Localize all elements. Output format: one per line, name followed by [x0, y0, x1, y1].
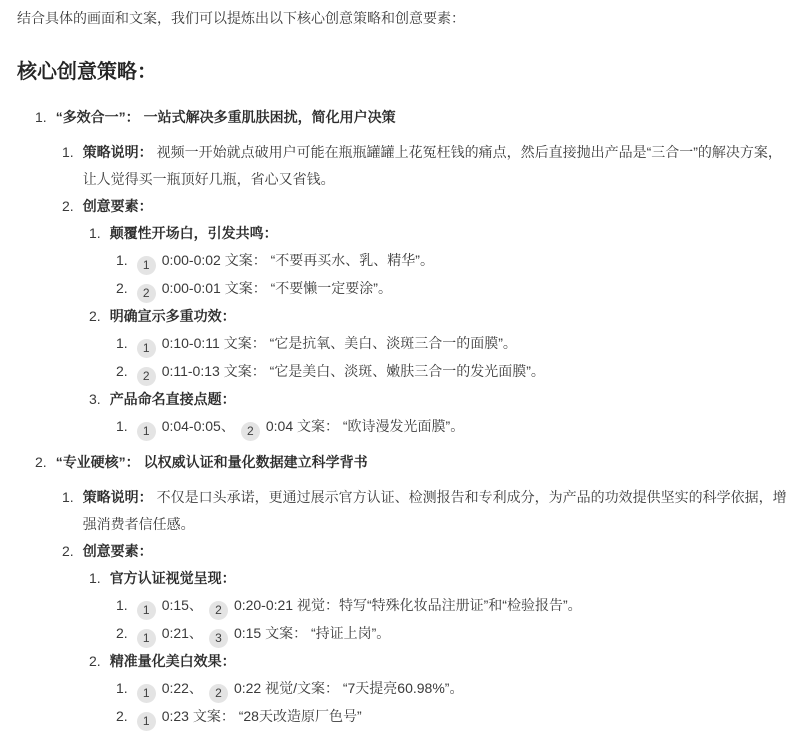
citation-badge[interactable]: 1 — [137, 629, 156, 648]
item-text: 0:11-0:13 文案： “它是美白、淡斑、嫩肤三合一的发光面膜”。 — [162, 363, 545, 379]
outline-item: 1.策略说明： 不仅是口头承诺，更通过展示官方认证、检测报告和专利成分，为产品的… — [17, 484, 788, 538]
citation-badge[interactable]: 2 — [241, 422, 260, 441]
item-text: 0:04 文案： “欧诗漫发光面膜”。 — [266, 418, 464, 434]
item-label: “多效合一”： 一站式解决多重肌肤困扰，简化用户决策 — [56, 109, 396, 125]
outline-item: 2.20:11-0:13 文案： “它是美白、淡斑、嫩肤三合一的发光面膜”。 — [17, 358, 788, 386]
citation-badge[interactable]: 1 — [137, 256, 156, 275]
item-content: 颠覆性开场白，引发共鸣： — [110, 220, 788, 247]
item-content: 10:00-0:02 文案： “不要再买水、乳、精华”。 — [137, 247, 788, 275]
list-marker: 1. — [116, 413, 128, 440]
item-content: 策略说明： 不仅是口头承诺，更通过展示官方认证、检测报告和专利成分，为产品的功效… — [83, 484, 788, 538]
item-text: 0:00-0:02 文案： “不要再买水、乳、精华”。 — [162, 252, 434, 268]
item-content: “多效合一”： 一站式解决多重肌肤困扰，简化用户决策 — [56, 104, 788, 131]
outline-item: 1.10:04-0:05、20:04 文案： “欧诗漫发光面膜”。 — [17, 413, 788, 441]
list-marker: 1. — [116, 592, 128, 619]
item-content: 20:11-0:13 文案： “它是美白、淡斑、嫩肤三合一的发光面膜”。 — [137, 358, 788, 386]
outline-item: 2.精准量化美白效果： — [17, 648, 788, 675]
outline-item: 1.颠覆性开场白，引发共鸣： — [17, 220, 788, 247]
list-marker: 2. — [89, 648, 101, 675]
item-label: 官方认证视觉呈现： — [110, 570, 236, 586]
item-text: 不仅是口头承诺，更通过展示官方认证、检测报告和专利成分，为产品的功效提供坚实的科… — [83, 489, 787, 532]
list-marker: 1. — [89, 565, 101, 592]
citation-badge[interactable]: 1 — [137, 712, 156, 731]
item-content: 10:15、20:20-0:21 视觉：特写“特殊化妆品注册证”和“检验报告”。 — [137, 592, 788, 620]
list-marker: 1. — [89, 220, 101, 247]
outline-item: 2.创意要素： — [17, 193, 788, 220]
item-content: 10:23 文案： “28天改造原厂色号” — [137, 703, 788, 731]
item-content: 明确宣示多重功效： — [110, 303, 788, 330]
item-text: 0:15、 — [162, 597, 203, 613]
citation-badge[interactable]: 2 — [137, 284, 156, 303]
item-label: 明确宣示多重功效： — [110, 308, 236, 324]
citation-badge[interactable]: 3 — [209, 629, 228, 648]
citation-badge[interactable]: 1 — [137, 684, 156, 703]
item-label: 精准量化美白效果： — [110, 653, 236, 669]
item-text: 0:10-0:11 文案： “它是抗氧、美白、淡斑三合一的面膜”。 — [162, 335, 517, 351]
item-text: 0:00-0:01 文案： “不要懒一定要涂”。 — [162, 280, 392, 296]
outline-item: 1.官方认证视觉呈现： — [17, 565, 788, 592]
item-content: 精准量化美白效果： — [110, 648, 788, 675]
list-marker: 1. — [116, 247, 128, 274]
outline-item: 1.10:15、20:20-0:21 视觉：特写“特殊化妆品注册证”和“检验报告… — [17, 592, 788, 620]
item-content: 创意要素： — [83, 193, 788, 220]
item-content: 产品命名直接点题： — [110, 386, 788, 413]
item-content: 创意要素： — [83, 538, 788, 565]
item-content: 官方认证视觉呈现： — [110, 565, 788, 592]
list-marker: 2. — [35, 449, 47, 476]
item-label: 创意要素： — [83, 198, 153, 214]
item-label: “专业硬核”： 以权威认证和量化数据建立科学背书 — [56, 454, 368, 470]
citation-badge[interactable]: 2 — [209, 684, 228, 703]
item-text: 0:15 文案： “持证上岗”。 — [234, 625, 390, 641]
item-label: 产品命名直接点题： — [110, 391, 236, 407]
item-text: 0:22、 — [162, 680, 203, 696]
list-marker: 2. — [116, 275, 128, 302]
outline-item: 1.10:22、20:22 视觉/文案： “7天提亮60.98%”。 — [17, 675, 788, 703]
outline-item: 1.10:00-0:02 文案： “不要再买水、乳、精华”。 — [17, 247, 788, 275]
item-label: 创意要素： — [83, 543, 153, 559]
list-marker: 2. — [116, 620, 128, 647]
outline-item: 1.10:10-0:11 文案： “它是抗氧、美白、淡斑三合一的面膜”。 — [17, 330, 788, 358]
citation-badge[interactable]: 2 — [209, 601, 228, 620]
section-heading: 核心创意策略： — [17, 59, 788, 85]
list-marker: 2. — [116, 358, 128, 385]
outline-item: 2.创意要素： — [17, 538, 788, 565]
outline-item: 2.10:21、30:15 文案： “持证上岗”。 — [17, 620, 788, 648]
item-text: 0:04-0:05、 — [162, 418, 235, 434]
document: 结合具体的画面和文案，我们可以提炼出以下核心创意策略和创意要素： 核心创意策略：… — [0, 0, 810, 731]
outline-item: 1.策略说明： 视频一开始就点破用户可能在瓶瓶罐罐上花冤枉钱的痛点，然后直接抛出… — [17, 139, 788, 193]
item-content: 10:22、20:22 视觉/文案： “7天提亮60.98%”。 — [137, 675, 788, 703]
outline-item: 2.20:00-0:01 文案： “不要懒一定要涂”。 — [17, 275, 788, 303]
item-text: 0:21、 — [162, 625, 203, 641]
item-text: 0:23 文案： “28天改造原厂色号” — [162, 708, 362, 724]
item-content: 20:00-0:01 文案： “不要懒一定要涂”。 — [137, 275, 788, 303]
strategy-outline: 1.“多效合一”： 一站式解决多重肌肤困扰，简化用户决策1.策略说明： 视频一开… — [17, 104, 788, 731]
list-marker: 1. — [116, 675, 128, 702]
outline-item: 2.明确宣示多重功效： — [17, 303, 788, 330]
item-label: 策略说明： — [83, 489, 153, 505]
item-content: 策略说明： 视频一开始就点破用户可能在瓶瓶罐罐上花冤枉钱的痛点，然后直接抛出产品… — [83, 139, 788, 193]
list-marker: 2. — [62, 538, 74, 565]
list-marker: 1. — [35, 104, 47, 131]
item-text: 0:22 视觉/文案： “7天提亮60.98%”。 — [234, 680, 464, 696]
list-marker: 1. — [62, 139, 74, 166]
intro-paragraph: 结合具体的画面和文案，我们可以提炼出以下核心创意策略和创意要素： — [17, 8, 788, 29]
item-content: “专业硬核”： 以权威认证和量化数据建立科学背书 — [56, 449, 788, 476]
item-text: 0:20-0:21 视觉：特写“特殊化妆品注册证”和“检验报告”。 — [234, 597, 582, 613]
outline-item: 2.“专业硬核”： 以权威认证和量化数据建立科学背书 — [17, 449, 788, 476]
item-content: 10:04-0:05、20:04 文案： “欧诗漫发光面膜”。 — [137, 413, 788, 441]
citation-badge[interactable]: 1 — [137, 601, 156, 620]
list-marker: 1. — [116, 330, 128, 357]
list-marker: 2. — [62, 193, 74, 220]
list-marker: 1. — [62, 484, 74, 511]
list-marker: 2. — [116, 703, 128, 730]
citation-badge[interactable]: 1 — [137, 339, 156, 358]
item-text: 视频一开始就点破用户可能在瓶瓶罐罐上花冤枉钱的痛点，然后直接抛出产品是“三合一”… — [83, 144, 782, 187]
list-marker: 3. — [89, 386, 101, 413]
item-content: 10:10-0:11 文案： “它是抗氧、美白、淡斑三合一的面膜”。 — [137, 330, 788, 358]
outline-item: 2.10:23 文案： “28天改造原厂色号” — [17, 703, 788, 731]
item-label: 策略说明： — [83, 144, 153, 160]
outline-item: 1.“多效合一”： 一站式解决多重肌肤困扰，简化用户决策 — [17, 104, 788, 131]
item-label: 颠覆性开场白，引发共鸣： — [110, 225, 278, 241]
item-content: 10:21、30:15 文案： “持证上岗”。 — [137, 620, 788, 648]
citation-badge[interactable]: 1 — [137, 422, 156, 441]
list-marker: 2. — [89, 303, 101, 330]
citation-badge[interactable]: 2 — [137, 367, 156, 386]
outline-item: 3.产品命名直接点题： — [17, 386, 788, 413]
